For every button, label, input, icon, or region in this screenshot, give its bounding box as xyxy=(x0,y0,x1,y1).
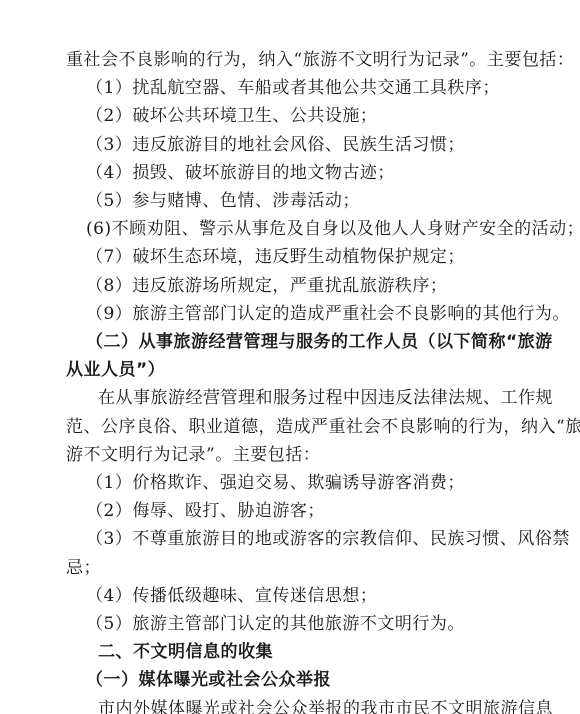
staff-item-5: （5）旅游主管部门认定的其他旅游不文明行为。 xyxy=(86,613,465,635)
tourist-item-2: （2）破坏公共环境卫生、公共设施； xyxy=(86,105,377,127)
tourist-item-6: (6)不顾劝阻、警示从事危及自身以及他人人身财产安全的活动； xyxy=(86,218,580,240)
staff-item-3-cont: 忌； xyxy=(66,557,101,579)
staff-item-4: （4）传播低级趣味、宣传迷信思想； xyxy=(86,585,377,607)
collection-paragraph-line-1: 市内外媒体曝光或社会公众举报的我市市民不文明旅游信息 xyxy=(98,698,553,714)
tourist-item-7: （7）破坏生态环境，违反野生动植物保护规定； xyxy=(86,246,465,268)
staff-paragraph-line-1: 在从事旅游经营管理和服务过程中因违反法律法规、工作规 xyxy=(98,387,553,409)
subsection-heading-media: （一）媒体曝光或社会公众举报 xyxy=(86,669,331,691)
staff-item-1: （1）价格欺诈、强迫交易、欺骗诱导游客消费； xyxy=(86,472,465,494)
tourist-item-4: （4）损毁、破坏旅游目的地文物古迹； xyxy=(86,162,395,184)
section-heading-staff-cont: 从业人员”） xyxy=(66,359,165,381)
staff-paragraph-line-2: 范、公序良俗、职业道德，造成严重社会不良影响的行为，纳入“旅 xyxy=(66,416,580,438)
tourist-item-9: （9）旅游主管部门认定的造成严重社会不良影响的其他行为。 xyxy=(86,303,570,325)
section-heading-staff: （二）从事旅游经营管理与服务的工作人员（以下简称“旅游 xyxy=(86,331,553,353)
document-page: 重社会不良影响的行为，纳入“旅游不文明行为记录”。主要包括：（1）扰乱航空器、车… xyxy=(0,0,580,714)
paragraph-intro-continuation: 重社会不良影响的行为，纳入“旅游不文明行为记录”。主要包括： xyxy=(66,49,574,71)
staff-paragraph-line-3: 游不文明行为记录”。主要包括： xyxy=(66,444,320,466)
tourist-item-1: （1）扰乱航空器、车船或者其他公共交通工具秩序； xyxy=(86,77,500,99)
tourist-item-3: （3）违反旅游目的地社会风俗、民族生活习惯； xyxy=(86,134,465,156)
tourist-item-8: （8）违反旅游场所规定，严重扰乱旅游秩序； xyxy=(86,275,447,297)
staff-item-3: （3）不尊重旅游目的地或游客的宗教信仰、民族习惯、风俗禁 xyxy=(86,528,570,550)
staff-item-2: （2）侮辱、殴打、胁迫游客； xyxy=(86,500,325,522)
section-heading-collection: 二、不文明信息的收集 xyxy=(98,641,273,663)
tourist-item-5: （5）参与赌博、色情、涉毒活动； xyxy=(86,190,360,212)
